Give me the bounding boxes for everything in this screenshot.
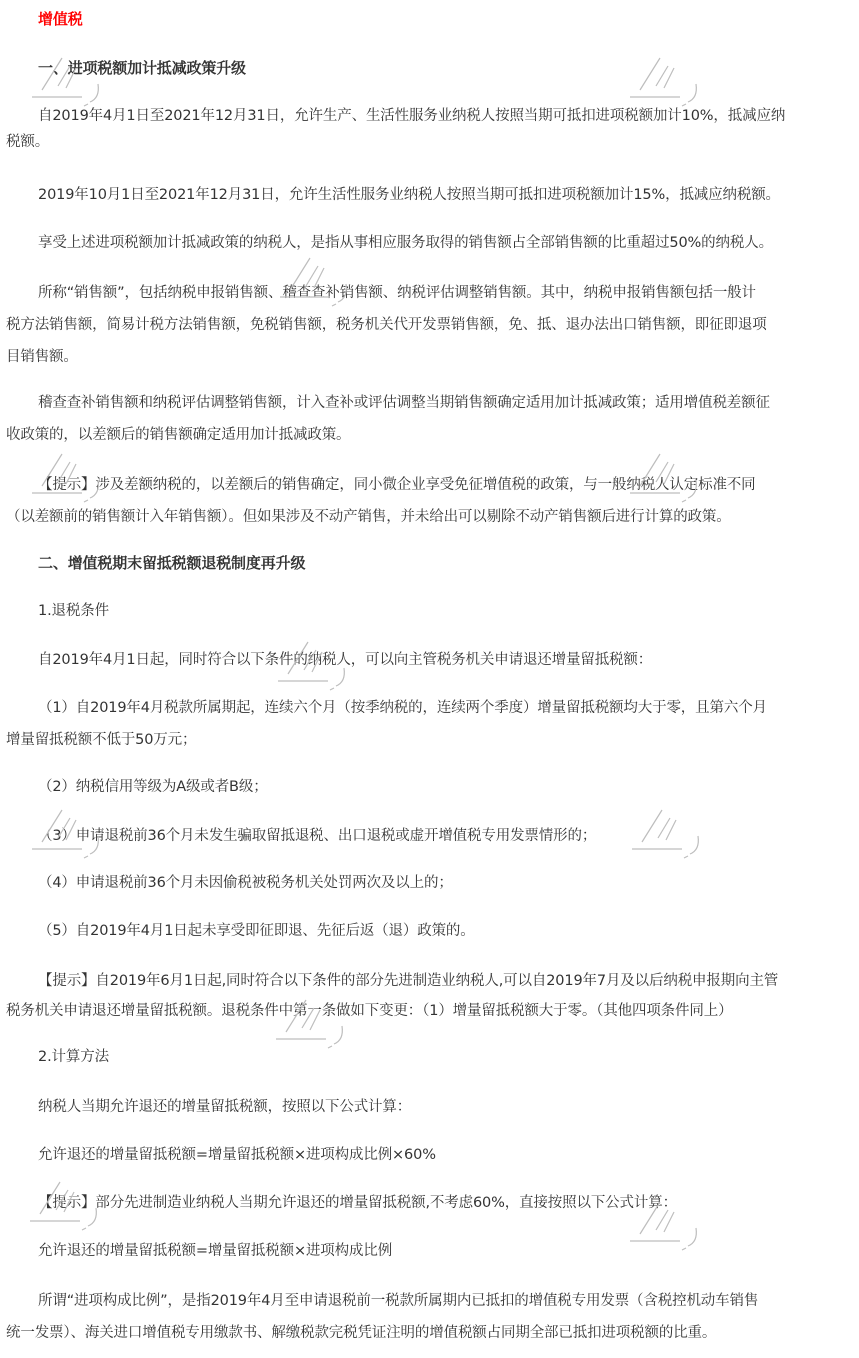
condition-3: （3）申请退税前36个月未发生骗取留抵退税、出口退税或虚开增值税专用发票情形的； <box>38 825 855 847</box>
section-2-intro: 自2019年4月1日起，同时符合以下条件的纳税人，可以向主管税务机关申请退还增量… <box>38 649 855 671</box>
section-2-tip-2: 【提示】部分先进制造业纳税人当期允许退还的增量留抵税额,不考虑60%，直接按照以… <box>38 1192 855 1214</box>
formula-2: 允许退还的增量留抵税额=增量留抵税额×进项构成比例 <box>38 1240 855 1262</box>
section-1-paragraph-5-cont: 收政策的，以差额后的销售额确定适用加计抵减政策。 <box>6 424 855 446</box>
document-title: 增值税 <box>38 8 855 30</box>
section-2-heading: 二、增值税期末留抵税额退税制度再升级 <box>38 552 855 574</box>
condition-4: （4）申请退税前36个月未因偷税被税务机关处罚两次及以上的； <box>38 872 855 894</box>
subheading-refund-conditions: 1.退税条件 <box>38 600 855 622</box>
calculation-intro: 纳税人当期允许退还的增量留抵税额，按照以下公式计算： <box>38 1096 855 1118</box>
condition-5: （5）自2019年4月1日起未享受即征即退、先征后返（退）政策的。 <box>38 920 855 942</box>
formula-1: 允许退还的增量留抵税额=增量留抵税额×进项构成比例×60% <box>38 1144 855 1166</box>
definition-paragraph: 所谓“进项构成比例”，是指2019年4月至申请退税前一税款所属期内已抵扣的增值税… <box>38 1290 855 1312</box>
section-1-paragraph-2: 2019年10月1日至2021年12月31日，允许生活性服务业纳税人按照当期可抵… <box>38 184 855 206</box>
definition-paragraph-cont: 统一发票）、海关进口增值税专用缴款书、解缴税款完税凭证注明的增值税额占同期全部已… <box>6 1322 855 1344</box>
section-2-tip-1: 【提示】自2019年6月1日起,同时符合以下条件的部分先进制造业纳税人,可以自2… <box>38 970 855 992</box>
section-1-paragraph-3: 享受上述进项税额加计抵减政策的纳税人，是指从事相应服务取得的销售额占全部销售额的… <box>38 232 855 254</box>
section-1-tip: 【提示】涉及差额纳税的，以差额后的销售确定，同小微企业享受免征增值税的政策，与一… <box>38 474 855 496</box>
section-1-paragraph-5: 稽查查补销售额和纳税评估调整销售额，计入查补或评估调整当期销售额确定适用加计抵减… <box>38 392 855 414</box>
section-1-paragraph-4-cont: 税方法销售额，简易计税方法销售额，免税销售额，税务机关代开发票销售额，免、抵、退… <box>6 314 855 336</box>
subheading-calculation-method: 2.计算方法 <box>38 1046 855 1068</box>
section-1-paragraph-4: 所称“销售额”，包括纳税申报销售额、稽查查补销售额、纳税评估调整销售额。其中，纳… <box>38 282 855 304</box>
condition-1: （1）自2019年4月税款所属期起，连续六个月（按季纳税的，连续两个季度）增量留… <box>38 697 855 719</box>
section-1-paragraph-1-cont: 税额。 <box>6 131 855 153</box>
section-1-heading: 一、进项税额加计抵减政策升级 <box>38 57 855 79</box>
section-1-paragraph-1: 自2019年4月1日至2021年12月31日，允许生产、生活性服务业纳税人按照当… <box>38 105 855 127</box>
section-2-tip-1-cont: 税务机关申请退还增量留抵税额。退税条件中第一条做如下变更：（1）增量留抵税额大于… <box>6 1000 855 1022</box>
section-1-paragraph-4-cont2: 目销售额。 <box>6 346 855 368</box>
section-1-tip-cont: （以差额前的销售额计入年销售额）。但如果涉及不动产销售，并未给出可以剔除不动产销… <box>6 506 855 528</box>
condition-2: （2）纳税信用等级为A级或者B级； <box>38 776 855 798</box>
condition-1-cont: 增量留抵税额不低于50万元； <box>6 729 855 751</box>
